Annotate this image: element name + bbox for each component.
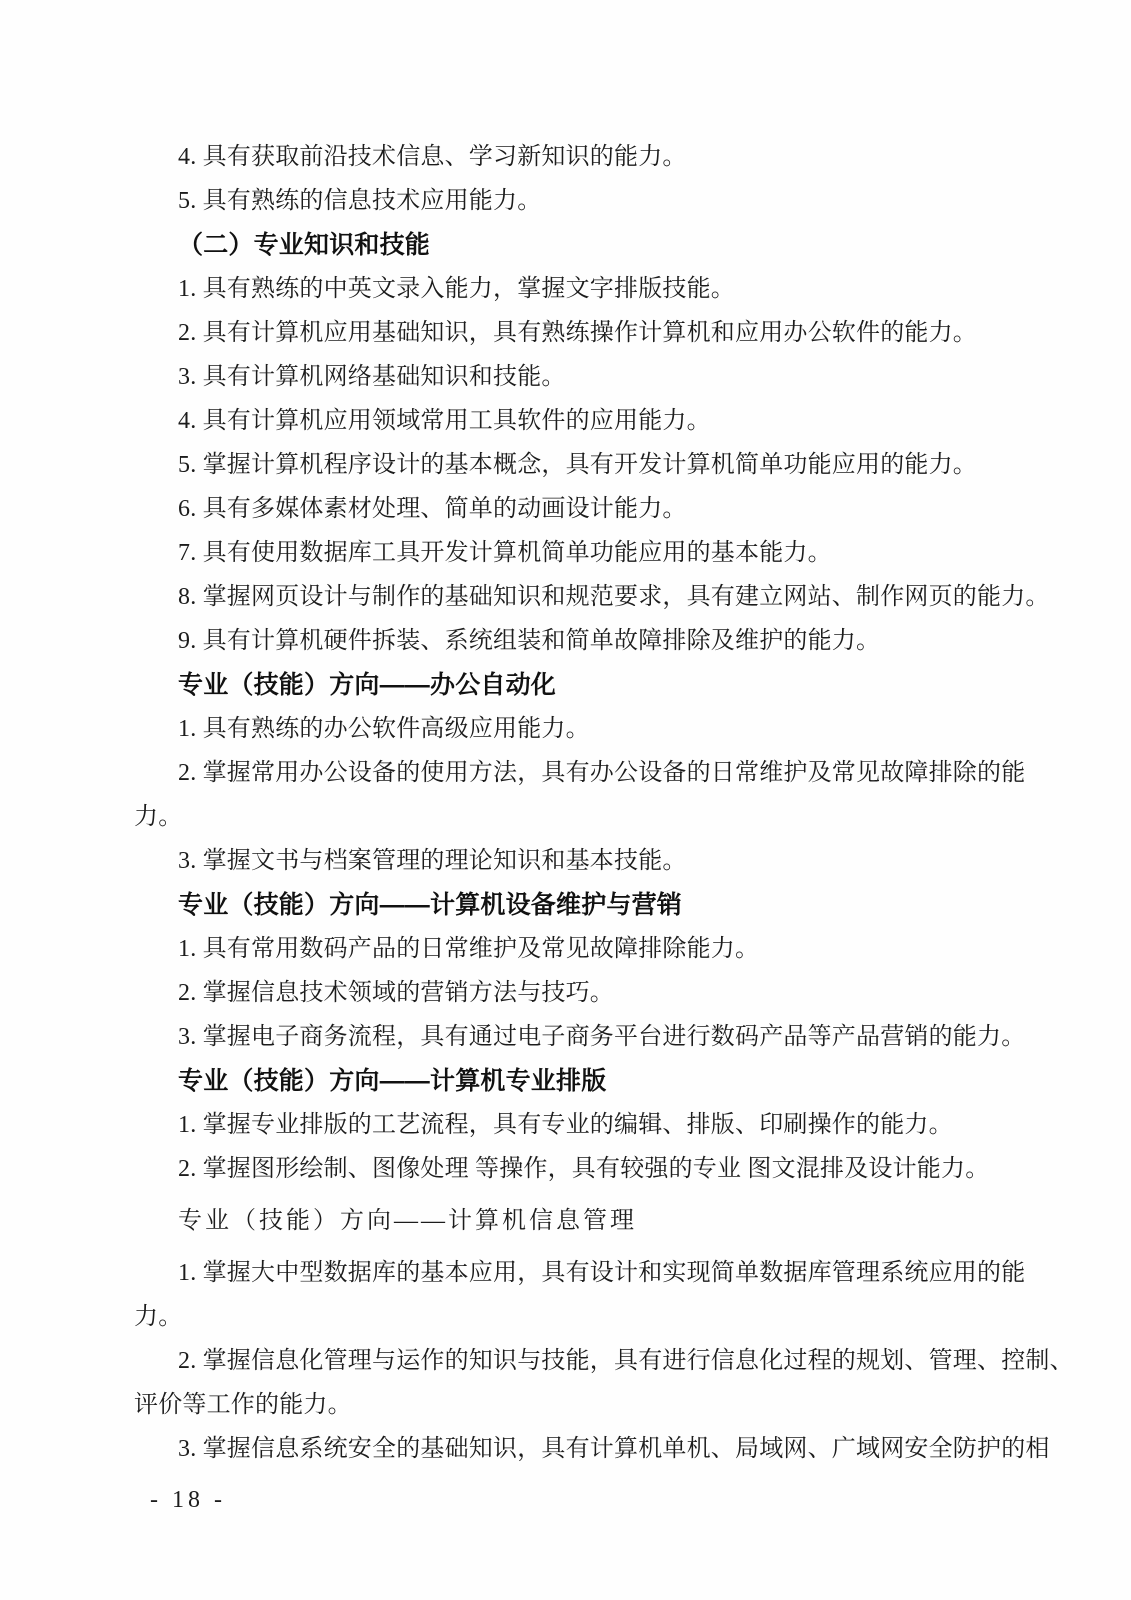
document-body: 4. 具有获取前沿技术信息、学习新知识的能力。5. 具有熟练的信息技术应用能力。… xyxy=(134,135,1034,1471)
direction-heading-office-automation: 专业（技能）方向——办公自动化 xyxy=(134,663,1034,707)
skill-item-1: 1. 具有熟练的中英文录入能力，掌握文字排版技能。 xyxy=(134,267,1034,311)
section-heading-professional-knowledge: （二）专业知识和技能 xyxy=(134,223,1034,267)
paragraph-line: 力。 xyxy=(134,795,1034,839)
heading-line: 专业（技能）方向——办公自动化 xyxy=(134,663,1034,707)
paragraph-line: 2. 掌握图形绘制、图像处理 等操作，具有较强的专业 图文混排及设计能力。 xyxy=(134,1147,1034,1191)
paragraph-line: 1. 掌握大中型数据库的基本应用，具有设计和实现简单数据库管理系统应用的能 xyxy=(134,1251,1034,1295)
paragraph-line: 7. 具有使用数据库工具开发计算机简单功能应用的基本能力。 xyxy=(134,531,1034,575)
direction-heading-information-management: 专业（技能）方向——计算机信息管理 xyxy=(134,1199,1034,1243)
typesetting-item-2: 2. 掌握图形绘制、图像处理 等操作，具有较强的专业 图文混排及设计能力。 xyxy=(134,1147,1034,1191)
heading-line: 专业（技能）方向——计算机设备维护与营销 xyxy=(134,883,1034,927)
skill-item-4: 4. 具有计算机应用领域常用工具软件的应用能力。 xyxy=(134,399,1034,443)
paragraph-line: 5. 掌握计算机程序设计的基本概念，具有开发计算机简单功能应用的能力。 xyxy=(134,443,1034,487)
direction-heading-professional-typesetting: 专业（技能）方向——计算机专业排版 xyxy=(134,1059,1034,1103)
paragraph-line: 1. 具有熟练的中英文录入能力，掌握文字排版技能。 xyxy=(134,267,1034,311)
paragraph-line: 3. 具有计算机网络基础知识和技能。 xyxy=(134,355,1034,399)
heading-line: （二）专业知识和技能 xyxy=(134,223,1034,267)
heading-line: 专业（技能）方向——计算机专业排版 xyxy=(134,1059,1034,1103)
page-number: - 18 - xyxy=(150,1486,226,1514)
paragraph-line: 3. 掌握信息系统安全的基础知识，具有计算机单机、局域网、广域网安全防护的相 xyxy=(134,1427,1034,1471)
paragraph-line: 评价等工作的能力。 xyxy=(134,1383,1034,1427)
heading-line: 专业（技能）方向——计算机信息管理 xyxy=(134,1199,1034,1243)
document-page: 4. 具有获取前沿技术信息、学习新知识的能力。5. 具有熟练的信息技术应用能力。… xyxy=(0,0,1131,1600)
infomgmt-item-2: 2. 掌握信息化管理与运作的知识与技能，具有进行信息化过程的规划、管理、控制、评… xyxy=(134,1339,1034,1427)
infomgmt-item-1: 1. 掌握大中型数据库的基本应用，具有设计和实现简单数据库管理系统应用的能力。 xyxy=(134,1251,1034,1339)
infomgmt-item-3: 3. 掌握信息系统安全的基础知识，具有计算机单机、局域网、广域网安全防护的相 xyxy=(134,1427,1034,1471)
office-item-1: 1. 具有熟练的办公软件高级应用能力。 xyxy=(134,707,1034,751)
item-ability-5: 5. 具有熟练的信息技术应用能力。 xyxy=(134,179,1034,223)
paragraph-line: 2. 掌握信息技术领域的营销方法与技巧。 xyxy=(134,971,1034,1015)
paragraph-line: 1. 掌握专业排版的工艺流程，具有专业的编辑、排版、印刷操作的能力。 xyxy=(134,1103,1034,1147)
maintenance-item-1: 1. 具有常用数码产品的日常维护及常见故障排除能力。 xyxy=(134,927,1034,971)
paragraph-line: 1. 具有常用数码产品的日常维护及常见故障排除能力。 xyxy=(134,927,1034,971)
paragraph-line: 8. 掌握网页设计与制作的基础知识和规范要求，具有建立网站、制作网页的能力。 xyxy=(134,575,1034,619)
skill-item-6: 6. 具有多媒体素材处理、简单的动画设计能力。 xyxy=(134,487,1034,531)
paragraph-line: 3. 掌握电子商务流程，具有通过电子商务平台进行数码产品等产品营销的能力。 xyxy=(134,1015,1034,1059)
paragraph-line: 2. 掌握常用办公设备的使用方法，具有办公设备的日常维护及常见故障排除的能 xyxy=(134,751,1034,795)
office-item-3: 3. 掌握文书与档案管理的理论知识和基本技能。 xyxy=(134,839,1034,883)
paragraph-line: 2. 掌握信息化管理与运作的知识与技能，具有进行信息化过程的规划、管理、控制、 xyxy=(134,1339,1034,1383)
typesetting-item-1: 1. 掌握专业排版的工艺流程，具有专业的编辑、排版、印刷操作的能力。 xyxy=(134,1103,1034,1147)
maintenance-item-3: 3. 掌握电子商务流程，具有通过电子商务平台进行数码产品等产品营销的能力。 xyxy=(134,1015,1034,1059)
direction-heading-equipment-maintenance-marketing: 专业（技能）方向——计算机设备维护与营销 xyxy=(134,883,1034,927)
skill-item-8: 8. 掌握网页设计与制作的基础知识和规范要求，具有建立网站、制作网页的能力。 xyxy=(134,575,1034,619)
skill-item-5: 5. 掌握计算机程序设计的基本概念，具有开发计算机简单功能应用的能力。 xyxy=(134,443,1034,487)
maintenance-item-2: 2. 掌握信息技术领域的营销方法与技巧。 xyxy=(134,971,1034,1015)
paragraph-line: 6. 具有多媒体素材处理、简单的动画设计能力。 xyxy=(134,487,1034,531)
paragraph-line: 2. 具有计算机应用基础知识，具有熟练操作计算机和应用办公软件的能力。 xyxy=(134,311,1034,355)
paragraph-line: 4. 具有获取前沿技术信息、学习新知识的能力。 xyxy=(134,135,1034,179)
paragraph-line: 1. 具有熟练的办公软件高级应用能力。 xyxy=(134,707,1034,751)
skill-item-3: 3. 具有计算机网络基础知识和技能。 xyxy=(134,355,1034,399)
skill-item-7: 7. 具有使用数据库工具开发计算机简单功能应用的基本能力。 xyxy=(134,531,1034,575)
skill-item-2: 2. 具有计算机应用基础知识，具有熟练操作计算机和应用办公软件的能力。 xyxy=(134,311,1034,355)
office-item-2: 2. 掌握常用办公设备的使用方法，具有办公设备的日常维护及常见故障排除的能力。 xyxy=(134,751,1034,839)
paragraph-line: 力。 xyxy=(134,1295,1034,1339)
item-ability-4: 4. 具有获取前沿技术信息、学习新知识的能力。 xyxy=(134,135,1034,179)
skill-item-9: 9. 具有计算机硬件拆装、系统组装和简单故障排除及维护的能力。 xyxy=(134,619,1034,663)
paragraph-line: 5. 具有熟练的信息技术应用能力。 xyxy=(134,179,1034,223)
paragraph-line: 3. 掌握文书与档案管理的理论知识和基本技能。 xyxy=(134,839,1034,883)
paragraph-line: 4. 具有计算机应用领域常用工具软件的应用能力。 xyxy=(134,399,1034,443)
paragraph-line: 9. 具有计算机硬件拆装、系统组装和简单故障排除及维护的能力。 xyxy=(134,619,1034,663)
